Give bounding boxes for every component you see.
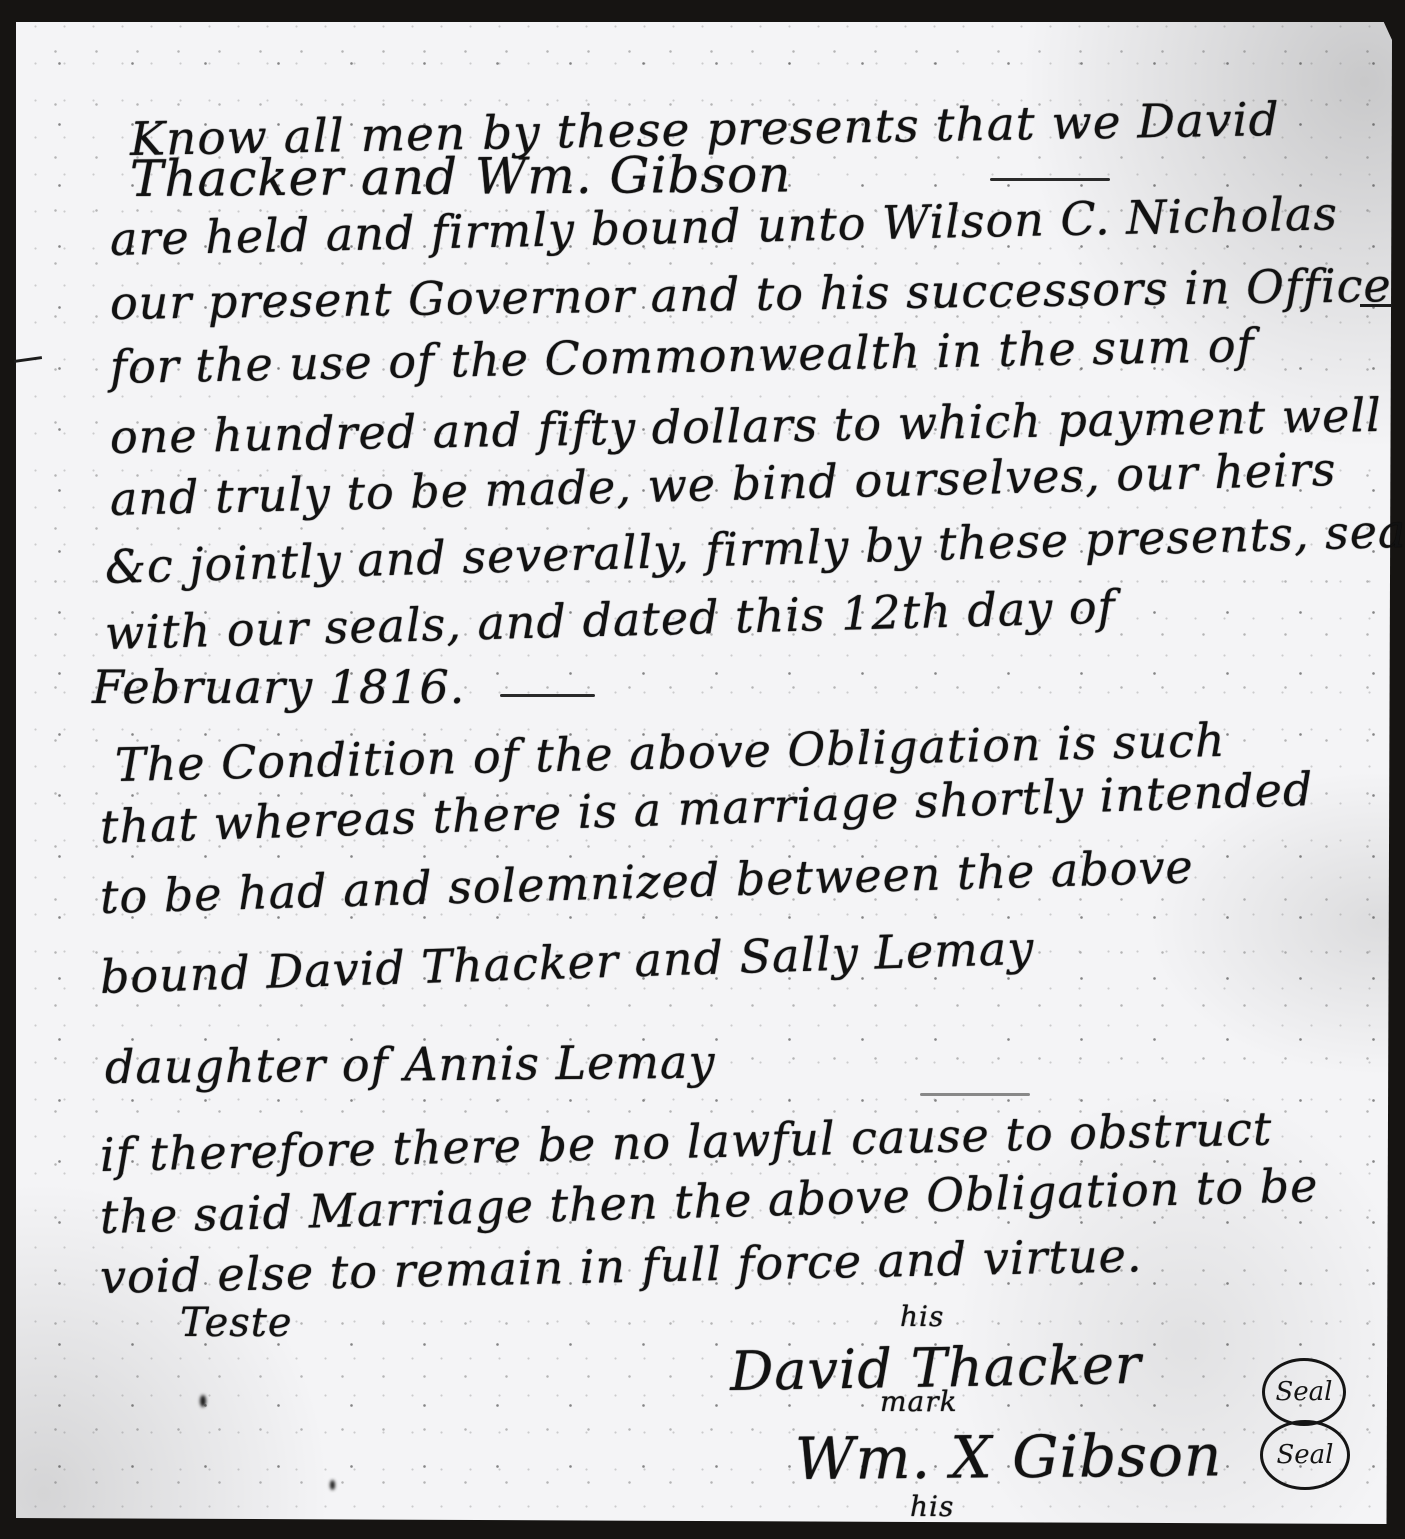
line-filler-rule bbox=[500, 694, 595, 697]
line-filler-rule bbox=[920, 1093, 1030, 1096]
teste-label: Teste bbox=[180, 1300, 293, 1346]
text-line-2: Thacker and Wm. Gibson bbox=[130, 145, 792, 208]
mark-his-below: his bbox=[910, 1490, 954, 1523]
text-line-10: February 1816. bbox=[92, 660, 465, 714]
seal-2-label: Seal bbox=[1276, 1440, 1333, 1470]
mark-his-above: his bbox=[900, 1300, 944, 1333]
seal-1: Seal bbox=[1262, 1358, 1346, 1426]
ink-smudge bbox=[330, 1480, 335, 1490]
signature-wm-gibson: Wm. X Gibson bbox=[795, 1421, 1223, 1493]
ink-smudge bbox=[200, 1395, 206, 1407]
right-margin-dash bbox=[1360, 304, 1392, 307]
line-filler-rule bbox=[990, 178, 1110, 181]
mark-label: mark bbox=[880, 1385, 958, 1418]
seal-1-label: Seal bbox=[1275, 1377, 1332, 1407]
seal-2: Seal bbox=[1260, 1420, 1350, 1490]
text-line-15: daughter of Annis Lemay bbox=[105, 1035, 716, 1094]
